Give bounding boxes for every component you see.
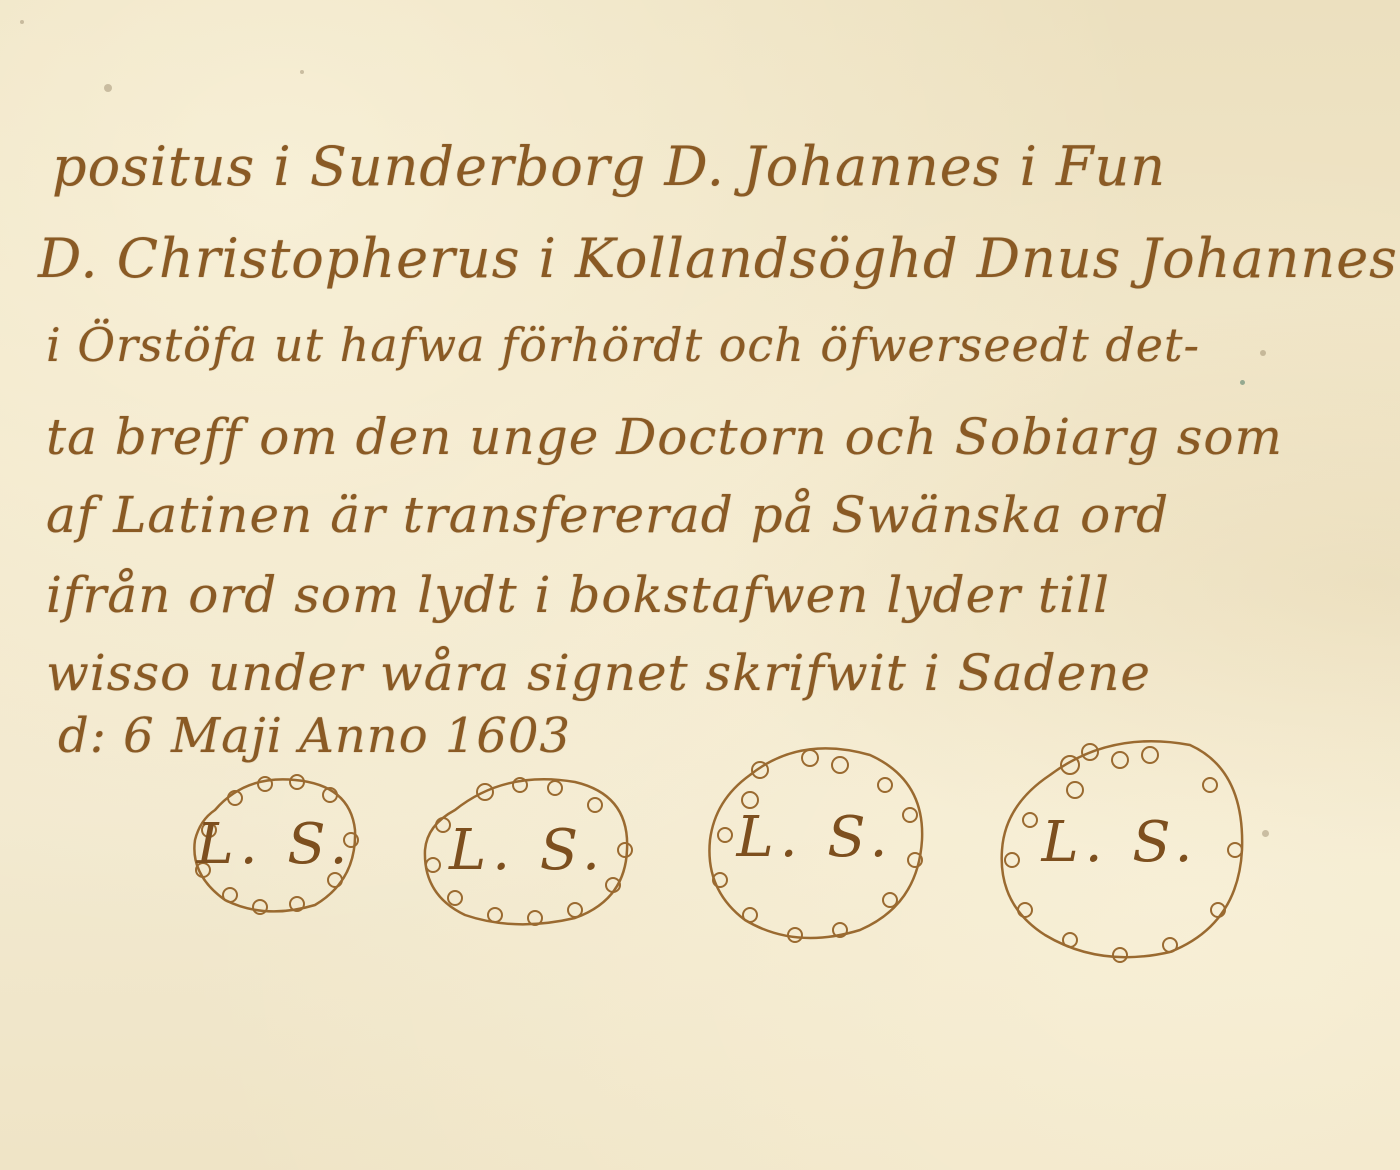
seal-label: L. S. [990, 810, 1250, 875]
manuscript-line-4: ta breff om den unge Doctorn och Sobiarg… [46, 412, 1283, 462]
manuscript-line-1: positus i Sunderborg D. Johannes i Fun [52, 140, 1166, 194]
seal-4: L. S. [990, 730, 1250, 965]
paper-speck [20, 20, 24, 24]
manuscript-line-6: ifrån ord som lydt i bokstafwen lyder ti… [46, 570, 1110, 620]
seal-2: L. S. [415, 770, 640, 930]
seal-label: L. S. [185, 812, 365, 877]
seal-1: L. S. [185, 770, 365, 920]
paper-speck [1262, 830, 1269, 837]
seal-3: L. S. [700, 730, 930, 945]
manuscript-line-7: wisso under wåra signet skrifwit i Saden… [46, 648, 1151, 698]
seal-label: L. S. [415, 818, 640, 883]
seal-label: L. S. [700, 805, 930, 870]
paper-speck [104, 84, 112, 92]
paper-speck [1260, 350, 1266, 356]
paper-speck [300, 70, 304, 74]
manuscript-line-2: D. Christopherus i Kollandsöghd Dnus Joh… [38, 232, 1398, 286]
manuscript-line-3: i Örstöfa ut hafwa förhördt och öfwersee… [46, 322, 1200, 368]
manuscript-line-5: af Latinen är transfererad på Swänska or… [46, 490, 1169, 540]
manuscript-date-line: d: 6 Maji Anno 1603 [58, 712, 571, 760]
paper-speck [1240, 380, 1245, 385]
